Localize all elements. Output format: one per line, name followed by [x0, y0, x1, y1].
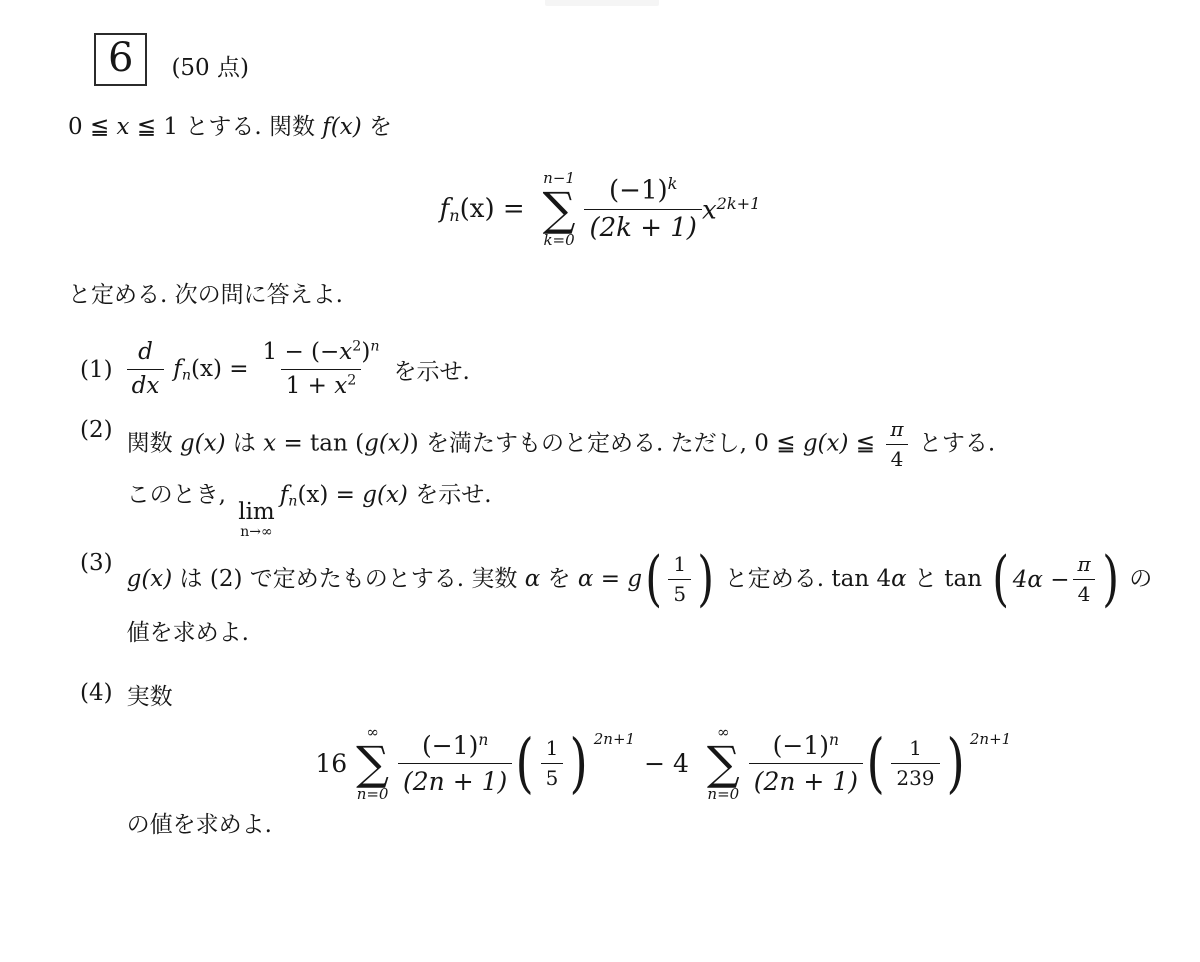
math-token: (x) = — [297, 482, 362, 508]
text-token: を — [362, 114, 392, 140]
var-x: x — [117, 114, 130, 140]
var-fx: f(x) — [322, 114, 361, 140]
math-token: = tan ( — [276, 430, 364, 456]
q1-instruction: を示せ. — [394, 353, 470, 386]
one-fifth-fraction: 15 — [668, 552, 691, 607]
display-equation-fn: fn(x) = n−1 ∑ k=0 (−1)k (2k + 1) x2k+1 — [0, 171, 1200, 248]
limit-operator: limn→∞ — [238, 500, 275, 540]
var-x: x — [702, 195, 717, 225]
close-paren: ) — [946, 731, 964, 796]
math-token: (−1) — [609, 175, 668, 205]
q4-line-3: の値を求めよ. — [127, 808, 1200, 843]
text-token: は (2) で定めたものとする. 実数 — [172, 566, 524, 592]
limit-subscript: n→∞ — [240, 525, 272, 540]
fraction-denominator: (2k + 1) — [584, 209, 701, 245]
fraction-numerator: (−1)n — [417, 730, 493, 763]
fraction-numerator: 1 − (−x2)n — [258, 338, 385, 369]
var-alpha: α — [891, 566, 907, 592]
summation: ∞ ∑ n=0 — [707, 725, 740, 802]
superscript-n: n — [829, 731, 839, 749]
fraction-denominator: dx — [127, 369, 165, 401]
close-paren: ) — [570, 731, 588, 796]
coefficient-16: 16 — [315, 745, 347, 783]
math-token: 1 + — [286, 373, 335, 399]
sum-lower-limit: n=0 — [707, 787, 739, 802]
fraction-numerator: 1 — [668, 552, 691, 579]
fraction-denominator: 1 + x2 — [281, 369, 362, 401]
text-token: ) を満たすものと定める. ただし, 0 ≦ — [410, 430, 803, 456]
question-3: (3) g(x) は (2) で定めたものとする. 実数 α を α = g(1… — [80, 550, 1200, 650]
question-4-label: (4) — [80, 680, 113, 842]
q2-instruction: を示せ. — [408, 482, 492, 508]
exponent-2n1: 2n+1 — [594, 728, 635, 751]
summation: ∞ ∑ n=0 — [356, 725, 389, 802]
fraction: (−1)n (2n + 1) — [749, 730, 863, 798]
fraction-denominator: 5 — [668, 579, 691, 607]
exam-problem-page: 6 (50 点) 0 ≦ x ≦ 1 とする. 関数 f(x) を fn(x) … — [0, 0, 1200, 962]
var-gx: g(x) — [364, 430, 410, 456]
outro-line: と定める. 次の問に答えよ. — [68, 278, 1200, 313]
math-token: ≦ — [848, 430, 882, 456]
text-token: は — [226, 430, 264, 456]
question-4-body: 実数 16 ∞ ∑ n=0 (−1)n (2n + 1) (15)2n+1 − … — [127, 680, 1200, 842]
one-239th-power-group: (1239)2n+1 — [863, 731, 1011, 796]
one-fifth-power-group: (15)2n+1 — [512, 731, 635, 796]
question-2-body: 関数 g(x) は x = tan (g(x)) を満たすものと定める. ただし… — [127, 417, 1200, 540]
superscript-k: k — [668, 174, 678, 193]
text-token: とする. — [912, 430, 996, 456]
question-3-body: g(x) は (2) で定めたものとする. 実数 α を α = g(15) と… — [127, 550, 1200, 650]
text-token: このとき, — [127, 482, 234, 508]
fraction-numerator: 1 — [904, 736, 927, 763]
fraction-numerator: (−1)k — [604, 174, 682, 209]
close-paren: ) — [697, 550, 714, 610]
intro-line: 0 ≦ x ≦ 1 とする. 関数 f(x) を — [68, 110, 1200, 145]
fraction: (−1)n (2n + 1) — [398, 730, 512, 798]
var-gx: g(x) — [362, 482, 408, 508]
sum-lower-limit: n=0 — [357, 787, 389, 802]
text-token: ≦ 1 とする. 関数 — [130, 114, 323, 140]
text-token: と tan — [907, 566, 990, 592]
var-f: f — [173, 356, 182, 382]
one-239th-fraction: 1239 — [891, 736, 939, 791]
fraction-numerator: π — [1072, 552, 1095, 579]
superscript-n: n — [370, 339, 379, 355]
fraction-denominator: (2n + 1) — [749, 763, 863, 797]
display-equation-series: 16 ∞ ∑ n=0 (−1)n (2n + 1) (15)2n+1 − 4 ∞… — [127, 725, 1200, 802]
q2-line-2: このとき, limn→∞fn(x) = g(x) を示せ. — [127, 478, 1200, 540]
math-token: (x) = — [460, 194, 525, 224]
superscript-2k1: 2k+1 — [717, 194, 761, 213]
math-token: 1 − (− — [263, 339, 340, 365]
superscript-2: 2 — [347, 373, 356, 389]
question-3-label: (3) — [80, 550, 113, 650]
fraction-numerator: (−1)n — [768, 730, 844, 763]
var-x: x — [334, 373, 347, 399]
open-paren: ( — [645, 550, 662, 610]
var-g: g — [627, 566, 642, 592]
var-alpha: α — [525, 566, 541, 592]
q1-lhs: fn(x) = — [173, 356, 248, 384]
question-2-label: (2) — [80, 417, 113, 540]
pi-over-4-fraction: π4 — [1072, 552, 1095, 607]
top-crop-artifact — [545, 0, 659, 6]
problem-number-box: 6 — [94, 33, 147, 86]
question-2: (2) 関数 g(x) は x = tan (g(x)) を満たすものと定める.… — [80, 417, 1200, 540]
summation: n−1 ∑ k=0 — [543, 171, 576, 248]
math-token: (x) = — [191, 356, 249, 382]
open-paren: ( — [867, 731, 885, 796]
open-paren: ( — [993, 550, 1010, 610]
fraction-numerator: d — [133, 338, 158, 369]
sigma-symbol: ∑ — [356, 743, 389, 784]
math-token: (−1) — [422, 731, 478, 760]
lim-symbol: lim — [238, 500, 275, 524]
fraction-denominator: 4 — [886, 444, 909, 472]
fraction: 1 − (−x2)n 1 + x2 — [258, 338, 385, 401]
fraction-denominator: 5 — [541, 763, 564, 791]
var-x: x — [263, 430, 276, 456]
text-token: の — [1122, 566, 1152, 592]
text-token: を — [540, 566, 578, 592]
sigma-symbol: ∑ — [543, 189, 576, 230]
text-token: と定める. tan 4 — [717, 566, 891, 592]
math-token: = — [593, 566, 627, 592]
subscript-n: n — [449, 206, 459, 225]
sum-lower-limit: k=0 — [543, 233, 574, 248]
exponent-2n1: 2n+1 — [970, 728, 1011, 751]
close-paren: ) — [1102, 550, 1119, 610]
g-one-fifth-group: (15) — [642, 550, 717, 610]
var-gx: g(x) — [127, 566, 173, 592]
var-alpha: α — [578, 566, 594, 592]
q3-line-1: g(x) は (2) で定めたものとする. 実数 α を α = g(15) と… — [127, 550, 1200, 610]
open-paren: ( — [516, 731, 534, 796]
points-label: (50 点) — [171, 49, 249, 86]
question-4: (4) 実数 16 ∞ ∑ n=0 (−1)n (2n + 1) (15)2n+… — [80, 680, 1200, 842]
math-token: ) — [361, 339, 370, 365]
problem-header: 6 (50 点) — [94, 33, 1200, 86]
math-token: 0 ≦ — [68, 114, 117, 140]
tan-argument-group: (4α − π4) — [989, 550, 1122, 610]
question-1-label: (1) — [80, 357, 113, 383]
fraction: (−1)k (2k + 1) — [584, 174, 701, 244]
var-gx: g(x) — [180, 430, 226, 456]
var-x: x — [339, 339, 352, 365]
var-f: f — [280, 482, 289, 508]
subscript-n: n — [182, 367, 191, 383]
derivative-fraction: d dx — [127, 338, 165, 401]
one-fifth-fraction: 15 — [541, 736, 564, 791]
minus-4-token: − 4 — [644, 745, 689, 783]
fraction-numerator: 1 — [541, 736, 564, 763]
q3-line-2: 値を求めよ. — [127, 616, 1200, 651]
sigma-symbol: ∑ — [707, 743, 740, 784]
var-gx: g(x) — [803, 430, 849, 456]
q4-line-1: 実数 — [127, 680, 1200, 715]
eq1-lhs: fn(x) = — [440, 194, 525, 225]
text-token: 関数 — [127, 430, 180, 456]
pi-over-4-fraction: π4 — [885, 417, 908, 472]
question-1: (1) d dx fn(x) = 1 − (−x2)n 1 + x2 を示せ. — [80, 338, 1200, 401]
fraction-denominator: 4 — [1073, 579, 1096, 607]
fraction-numerator: π — [885, 417, 908, 444]
superscript-n: n — [478, 731, 488, 749]
math-token: (−1) — [773, 731, 829, 760]
q2-line-1: 関数 g(x) は x = tan (g(x)) を満たすものと定める. ただし… — [127, 417, 1200, 472]
var-f: f — [440, 194, 450, 224]
superscript-2: 2 — [352, 339, 361, 355]
math-token: 4α − — [1013, 563, 1070, 598]
eq1-tail: x2k+1 — [702, 194, 760, 225]
fraction-denominator: (2n + 1) — [398, 763, 512, 797]
fraction-denominator: 239 — [891, 763, 939, 791]
